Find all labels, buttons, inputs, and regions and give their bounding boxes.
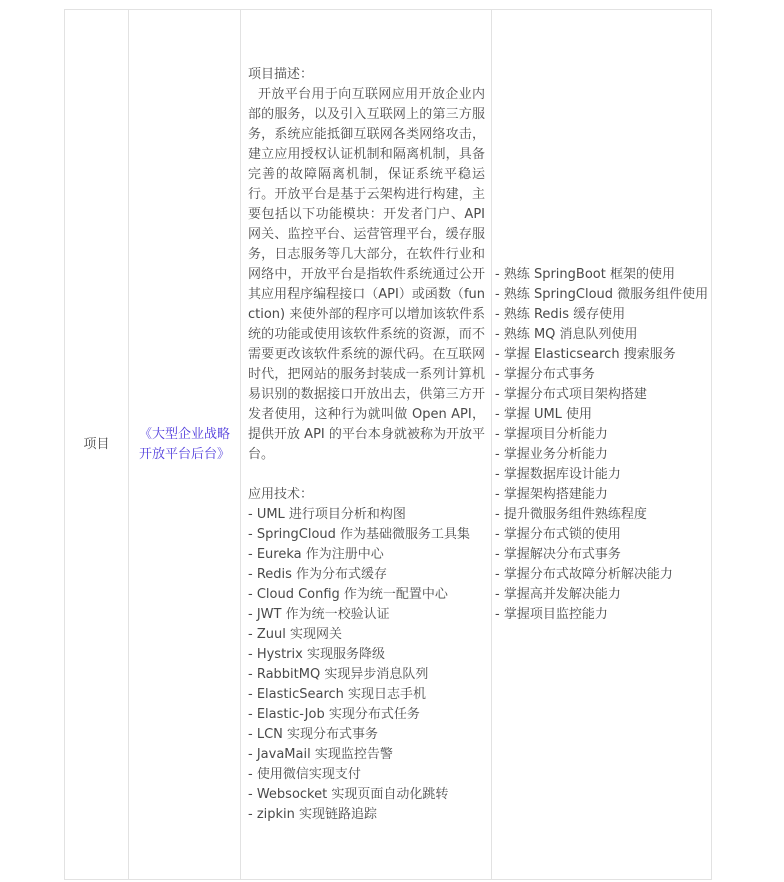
- skill-item: - 掌握 UML 使用: [495, 405, 708, 425]
- category-cell: 项目: [65, 10, 129, 880]
- skill-item: - 掌握分布式锁的使用: [495, 525, 708, 545]
- skill-item: - 熟练 MQ 消息队列使用: [495, 325, 708, 345]
- category-label: 项目: [83, 437, 109, 452]
- description-heading: 项目描述：: [248, 65, 485, 85]
- spacer: [248, 465, 485, 485]
- tech-item: - JavaMail 实现监控告警: [248, 745, 485, 765]
- tech-item: - zipkin 实现链路追踪: [248, 805, 485, 825]
- tech-item: - LCN 实现分布式事务: [248, 725, 485, 745]
- skill-item: - 熟练 SpringCloud 微服务组件使用: [495, 285, 708, 305]
- tech-item: - Websocket 实现页面自动化跳转: [248, 785, 485, 805]
- tech-item: - ElasticSearch 实现日志手机: [248, 685, 485, 705]
- project-table: 项目 《大型企业战略开放平台后台》 项目描述： 开放平台用于向互联网应用开放企业…: [64, 9, 712, 880]
- tech-item: - JWT 作为统一校验认证: [248, 605, 485, 625]
- skill-item: - 掌握分布式故障分析解决能力: [495, 565, 708, 585]
- tech-item: - Redis 作为分布式缓存: [248, 565, 485, 585]
- skill-item: - 熟练 Redis 缓存使用: [495, 305, 708, 325]
- table-row: 项目 《大型企业战略开放平台后台》 项目描述： 开放平台用于向互联网应用开放企业…: [65, 10, 712, 880]
- project-name-cell: 《大型企业战略开放平台后台》: [129, 10, 241, 880]
- skill-item: - 提升微服务组件熟练程度: [495, 505, 708, 525]
- skill-item: - 掌握分布式事务: [495, 365, 708, 385]
- skill-item: - 掌握分布式项目架构搭建: [495, 385, 708, 405]
- tech-list: - UML 进行项目分析和构图 - SpringCloud 作为基础微服务工具集…: [248, 505, 485, 825]
- tech-item: - RabbitMQ 实现异步消息队列: [248, 665, 485, 685]
- tech-item: - Eureka 作为注册中心: [248, 545, 485, 565]
- skill-item: - 掌握架构搭建能力: [495, 485, 708, 505]
- description-cell: 项目描述： 开放平台用于向互联网应用开放企业内部的服务，以及引入互联网上的第三方…: [241, 10, 492, 880]
- skill-item: - 掌握 Elasticsearch 搜索服务: [495, 345, 708, 365]
- tech-item: - Zuul 实现网关: [248, 625, 485, 645]
- skills-cell: - 熟练 SpringBoot 框架的使用 - 熟练 SpringCloud 微…: [492, 10, 712, 880]
- skill-item: - 掌握项目监控能力: [495, 605, 708, 625]
- tech-item: - Cloud Config 作为统一配置中心: [248, 585, 485, 605]
- project-table-container: 项目 《大型企业战略开放平台后台》 项目描述： 开放平台用于向互联网应用开放企业…: [64, 9, 712, 880]
- skill-item: - 掌握解决分布式事务: [495, 545, 708, 565]
- tech-item: - 使用微信实现支付: [248, 765, 485, 785]
- tech-heading: 应用技术：: [248, 485, 485, 505]
- skill-item: - 掌握项目分析能力: [495, 425, 708, 445]
- skills-list: - 熟练 SpringBoot 框架的使用 - 熟练 SpringCloud 微…: [495, 265, 708, 625]
- description-body: 开放平台用于向互联网应用开放企业内部的服务，以及引入互联网上的第三方服务，系统应…: [248, 85, 485, 465]
- skill-item: - 掌握数据库设计能力: [495, 465, 708, 485]
- skill-item: - 掌握高并发解决能力: [495, 585, 708, 605]
- tech-item: - Elastic-Job 实现分布式任务: [248, 705, 485, 725]
- tech-item: - Hystrix 实现服务降级: [248, 645, 485, 665]
- tech-item: - UML 进行项目分析和构图: [248, 505, 485, 525]
- project-name-link[interactable]: 《大型企业战略开放平台后台》: [139, 427, 230, 462]
- skill-item: - 掌握业务分析能力: [495, 445, 708, 465]
- tech-item: - SpringCloud 作为基础微服务工具集: [248, 525, 485, 545]
- skill-item: - 熟练 SpringBoot 框架的使用: [495, 265, 708, 285]
